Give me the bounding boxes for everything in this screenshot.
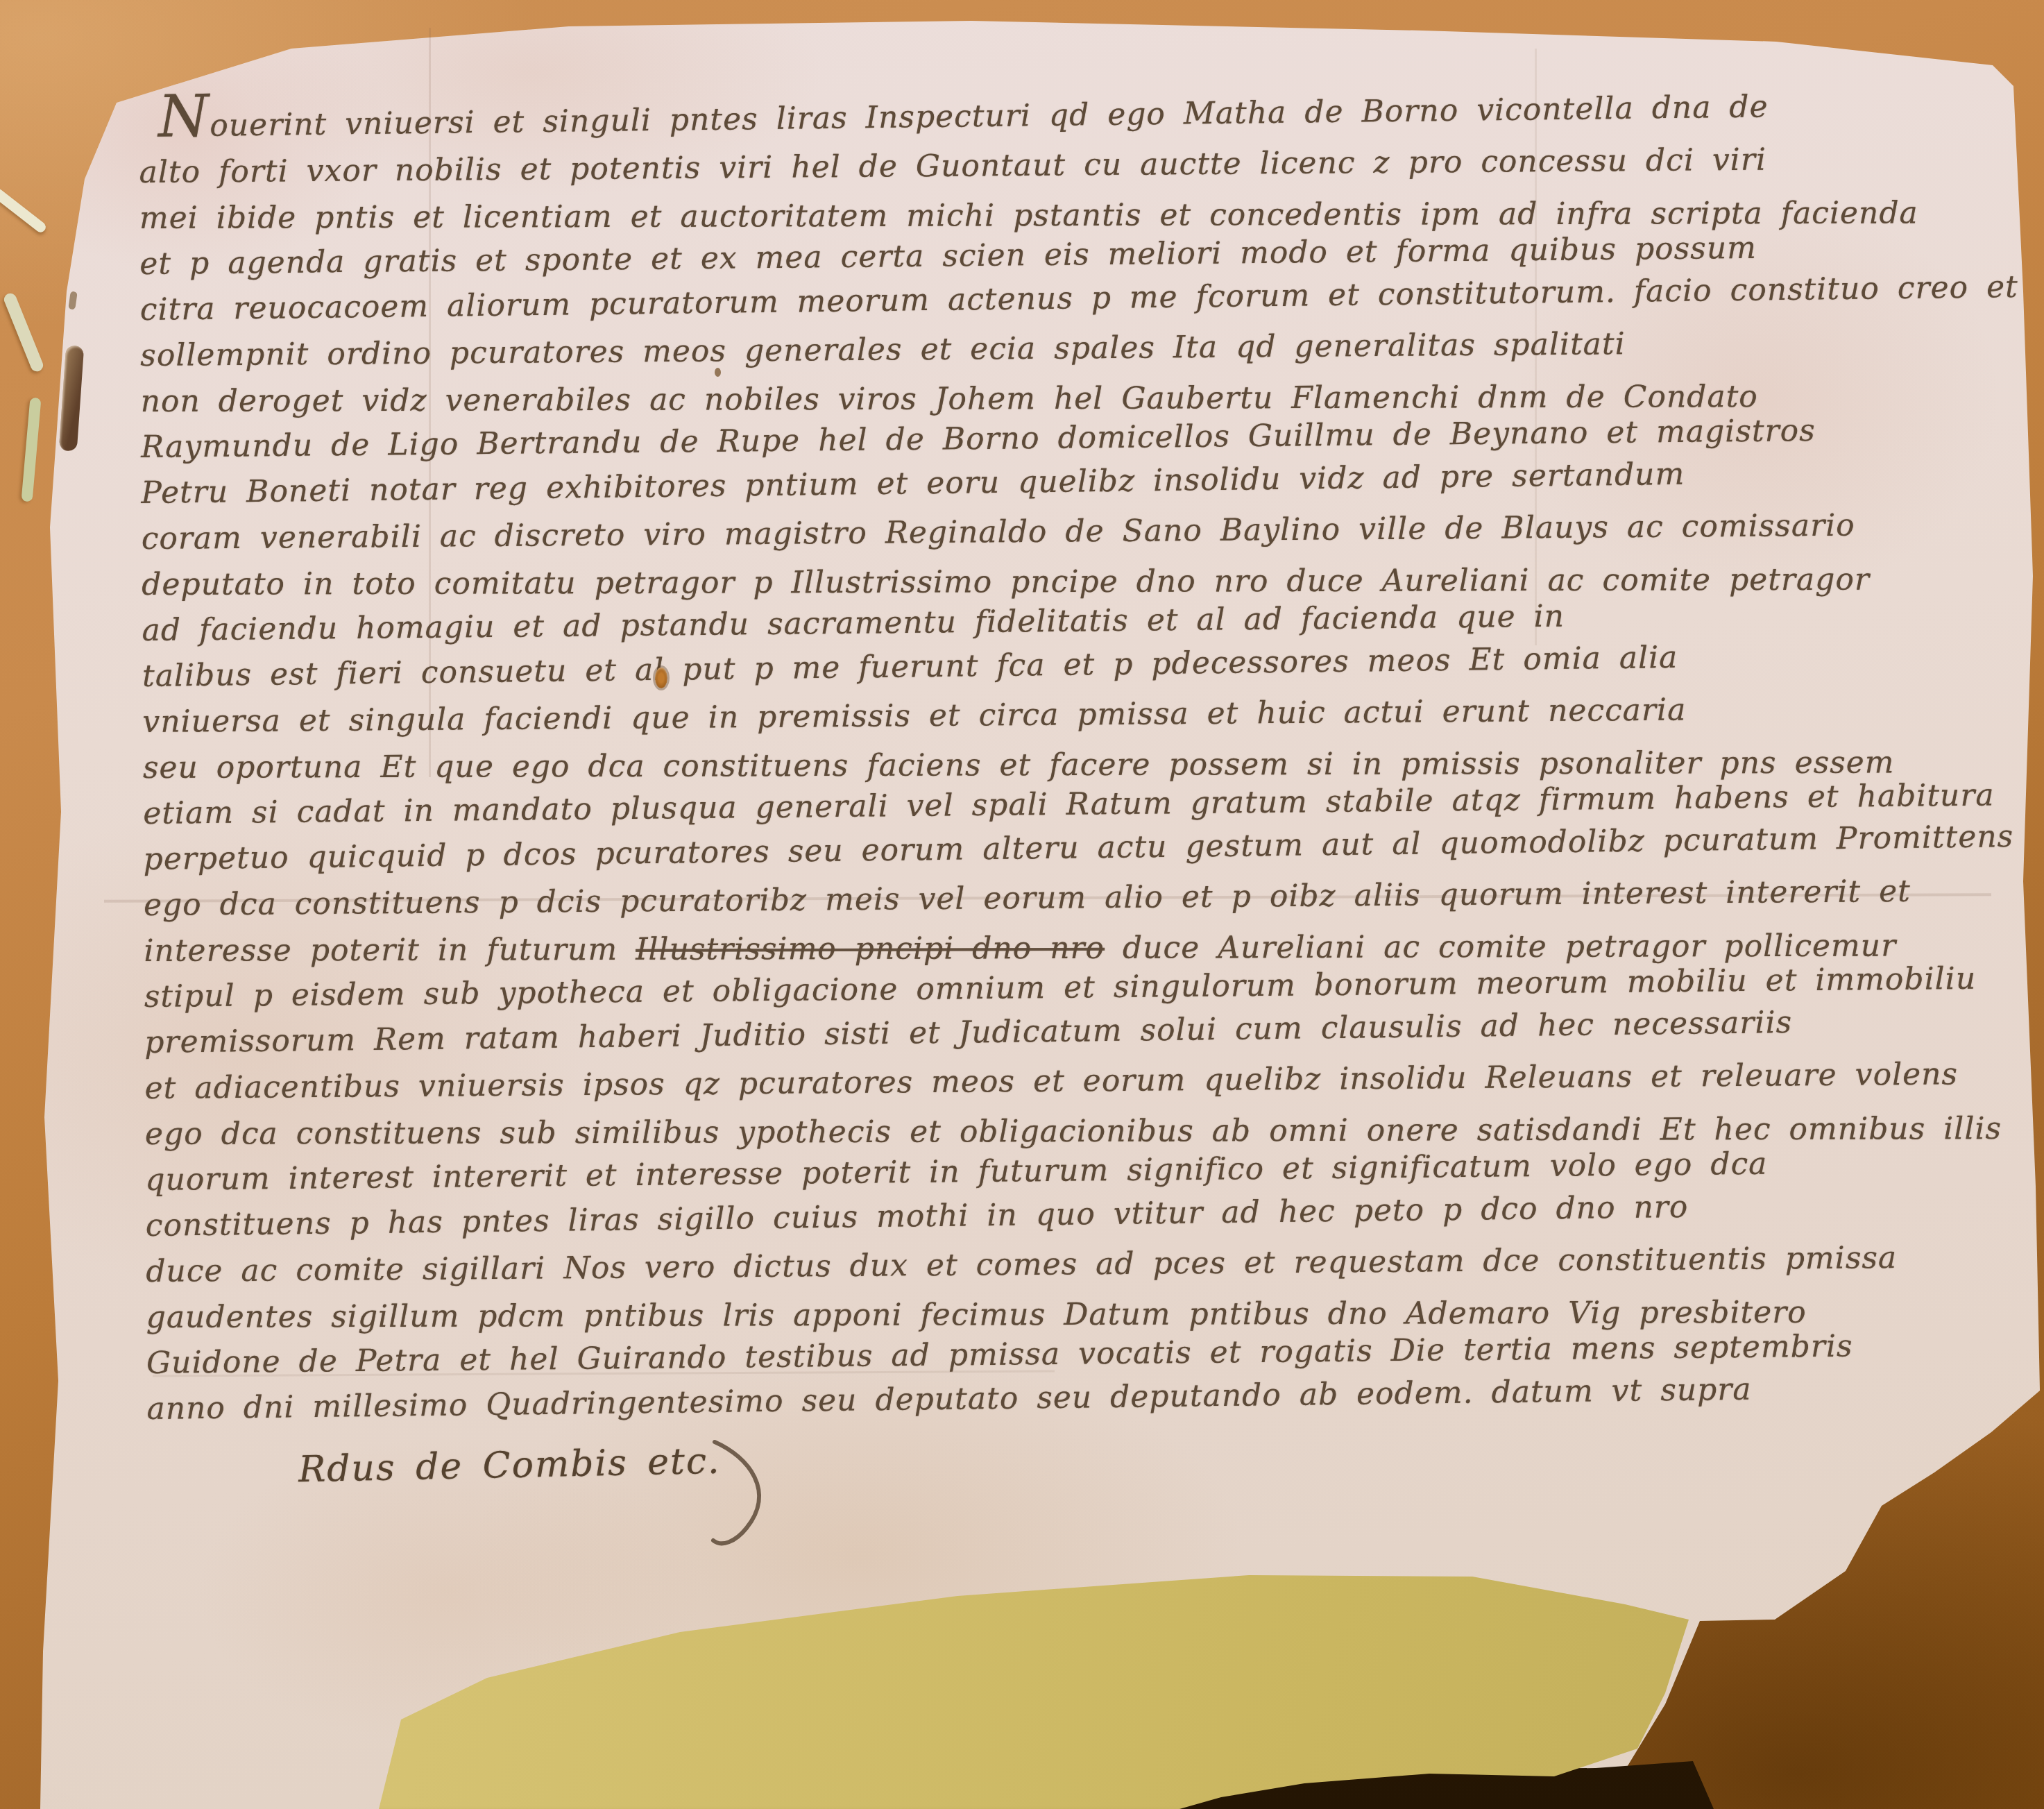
parchment-speck bbox=[715, 368, 721, 377]
line-text: interesse poterit in futurum bbox=[144, 932, 636, 969]
manuscript-text: Nouerint vniuersi et singuli pntes liras… bbox=[139, 93, 2020, 1432]
binding-thread bbox=[2, 291, 45, 373]
parchment-hole bbox=[655, 668, 667, 688]
struck-text: Illustrissimo pncipi dno nro bbox=[636, 931, 1105, 967]
binding-thread bbox=[0, 187, 48, 234]
manuscript-photo: Nouerint vniuersi et singuli pntes liras… bbox=[0, 0, 2044, 1809]
binding-thread bbox=[21, 398, 41, 502]
notary-signature: Rdus de Combis etc. bbox=[298, 1441, 721, 1491]
signature-paraph bbox=[701, 1436, 819, 1554]
